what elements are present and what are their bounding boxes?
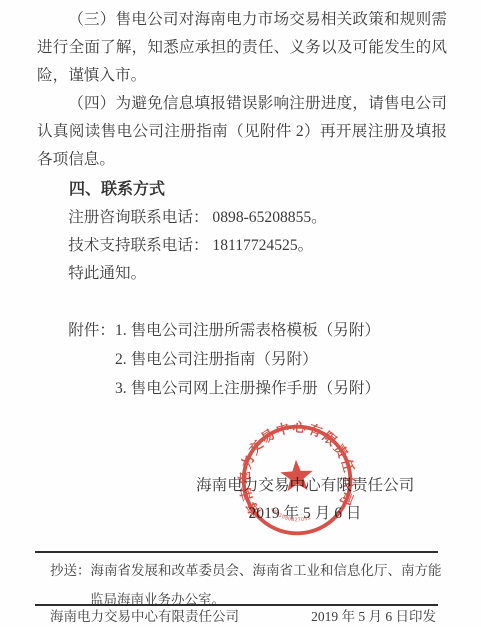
contact-line-support-phone: 技术支持联系电话： 18117724525。 [37,232,447,260]
attachment-item: 附件：1. 售电公司注册所需表格模板（另附） [37,316,447,345]
attachments-label: 附件： [68,322,115,339]
cc-line-1: 抄送：海南省发展和改革委员会、海南省工业和信息化厅、南方能 [50,556,450,585]
attachment-item-2: 2. 售电公司注册指南（另附） [37,345,447,374]
attachment-item-1: 1. 售电公司注册所需表格模板（另附） [115,322,380,339]
paragraph-item-4: （四）为避免信息填报错误影响注册进度，请售电公司认真阅读售电公司注册指南（见附件… [37,90,447,174]
footer-rule-bottom [35,604,438,606]
closing-line: 特此通知。 [37,260,447,288]
footer-rule-top [35,551,438,553]
footer-issuer-row: 海南电力交易中心有限责任公司 2019 年 5 月 6 日印发 [50,608,436,626]
attachments-list: 附件：1. 售电公司注册所需表格模板（另附） 2. 售电公司注册指南（另附） 3… [37,316,447,403]
footer-print-date: 2019 年 5 月 6 日印发 [311,608,436,626]
official-seal-stamp-icon: 海南电力交易中心有限责任公司 4601080327051 [230,413,365,548]
section-heading-contact: 四、联系方式 [37,176,447,204]
svg-text:4601080327051: 4601080327051 [269,505,312,525]
contact-line-registration-phone: 注册咨询联系电话： 0898-65208855。 [37,204,447,232]
seal-star-icon [280,459,314,492]
document-body: （三）售电公司对海南电力市场交易相关政策和规则需进行全面了解，知悉应承担的责任、… [37,6,447,403]
paragraph-item-3: （三）售电公司对海南电力市场交易相关政策和规则需进行全面了解，知悉应承担的责任、… [37,6,447,90]
footer-issuer: 海南电力交易中心有限责任公司 [50,608,239,626]
seal-code: 4601080327051 [269,505,312,525]
notice-document-page: （三）售电公司对海南电力市场交易相关政策和规则需进行全面了解，知悉应承担的责任、… [0,0,481,627]
attachment-item-3: 3. 售电公司网上注册操作手册（另附） [37,374,447,403]
